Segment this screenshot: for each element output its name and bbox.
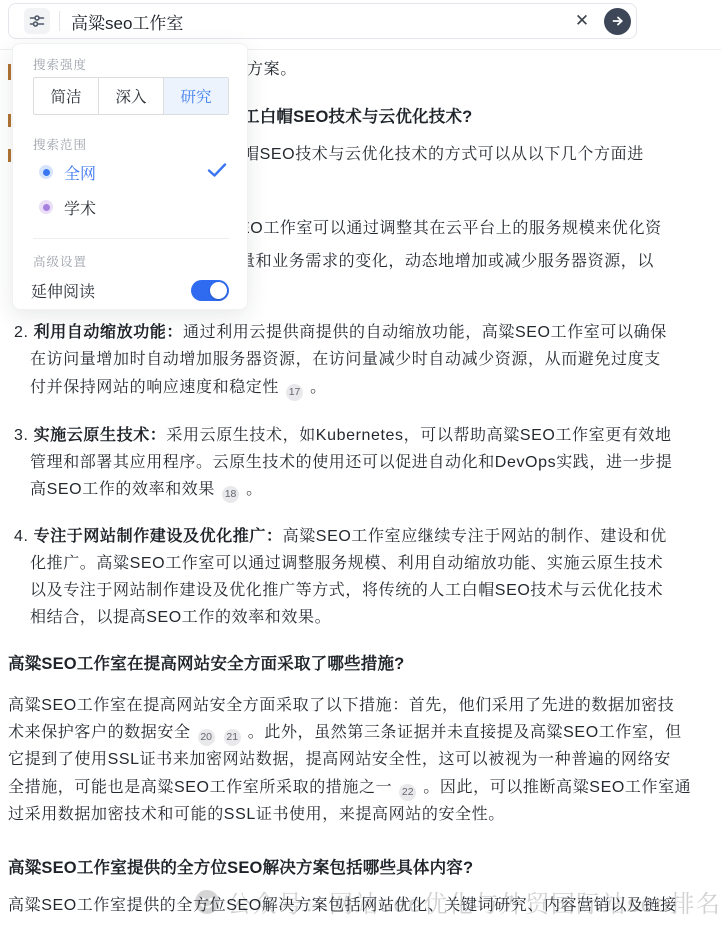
doc-text: 管理和部署其应用程序。云原生技术的使用还可以促进自动化和DevOps实践，进一步… (30, 454, 672, 471)
doc-text: 4. (14, 528, 34, 545)
check-icon (207, 162, 229, 183)
citation-badge[interactable]: 20 (198, 729, 215, 746)
search-box[interactable]: 高粱seo工作室 ✕ (8, 3, 637, 39)
extended-reading-toggle[interactable] (191, 280, 229, 301)
citation-badge[interactable]: 17 (286, 384, 303, 401)
list-item-line: 相结合，以提高SEO工作的效率和效果。 (30, 607, 331, 629)
doc-text: 过采用数据加密技术和可能的SSL证书使用，来提高网站的安全性。 (8, 806, 505, 823)
list-item-line: 高SEO工作的效率和效果 18 。 (30, 479, 263, 503)
citation-badge[interactable]: 18 (222, 486, 239, 503)
doc-text: EO工作室可以通过调整其在云平台上的服务规模来优化资 (239, 220, 662, 237)
doc-text: 通过利用云提供商提供的自动缩放功能，高粱SEO工作室可以确保 (183, 324, 667, 341)
doc-text: 在访问量增加时自动增加服务器资源，在访问量减少时自动减少资源，从而避免过度支 (30, 351, 661, 368)
doc-text: 它提到了使用SSL证书来加密网站数据，提高网站安全性，这可以被视为一种普遍的网络… (8, 751, 671, 768)
doc-text: 高SEO工作的效率和效果 (30, 481, 220, 498)
doc-text: 。此外，虽然第三条证据并未直接提及高粱SEO工作室，但 (243, 724, 682, 741)
doc-text: 2. (14, 324, 34, 341)
doc-text: 方案。 (247, 61, 297, 78)
doc-text: 高粱SEO工作室提供的全方位SEO解决方案包括网站优化、关键词研究、内容营销以及… (8, 897, 677, 914)
extended-reading-row: 延伸阅读 (31, 278, 229, 302)
sliders-icon (29, 13, 45, 29)
doc-text: 3. (14, 427, 34, 444)
paragraph-line: 高粱SEO工作室在提高网站安全方面采取了以下措施：首先，他们采用了先进的数据加密… (8, 695, 674, 717)
doc-text: 帽SEO技术与云优化技术的方式可以从以下几个方面进 (243, 146, 644, 163)
list-item-line: 4. 专注于网站制作建设及优化推广：高粱SEO工作室应继续专注于网站的制作、建设… (14, 526, 667, 548)
section-heading: 高粱SEO工作室在提高网站安全方面采取了哪些措施? (8, 653, 404, 675)
doc-text: 采用云原生技术，如Kubernetes，可以帮助高粱SEO工作室更有效地 (166, 427, 671, 444)
advanced-settings-label: 高级设置 (33, 252, 87, 270)
doc-text: 专注于网站制作建设及优化推广： (34, 528, 283, 545)
doc-text (217, 724, 222, 741)
radio-dot-purple (39, 200, 53, 214)
doc-fragment: 帽SEO技术与云优化技术的方式可以从以下几个方面进 (243, 144, 644, 166)
strength-option-deep[interactable]: 深入 (99, 78, 164, 114)
scope-option-academic[interactable]: 学术 (33, 195, 229, 219)
list-item-line: 化推广。高粱SEO工作室可以通过调整服务规模、利用自动缩放功能、实施云原生技术 (30, 553, 663, 575)
doc-text: 全措施，可能也是高粱SEO工作室所采取的措施之一 (8, 779, 397, 796)
searchbox-divider (59, 11, 60, 31)
list-item-line: 付并保持网站的响应速度和稳定性 17 。 (30, 377, 327, 401)
doc-text: 实施云原生技术： (34, 427, 167, 444)
doc-text: 工白帽SEO技术与云优化技术? (243, 108, 472, 126)
search-scope-label: 搜索范围 (33, 135, 87, 153)
list-item-line: 在访问量增加时自动增加服务器资源，在访问量减少时自动减少资源，从而避免过度支 (30, 349, 661, 371)
scope-option-whole-web[interactable]: 全网 (33, 160, 229, 184)
doc-text: 高粱SEO工作室在提高网站安全方面采取了哪些措施? (8, 655, 404, 673)
doc-text: 术来保护客户的数据安全 (8, 724, 196, 741)
doc-text: 高粱SEO工作室在提高网站安全方面采取了以下措施：首先，他们采用了先进的数据加密… (8, 697, 674, 714)
paragraph-line: 高粱SEO工作室提供的全方位SEO解决方案包括网站优化、关键词研究、内容营销以及… (8, 895, 677, 917)
doc-text: 。 (305, 379, 327, 396)
doc-text: 利用自动缩放功能： (34, 324, 183, 341)
submit-search-button[interactable] (604, 8, 631, 35)
strength-option-concise[interactable]: 简洁 (34, 78, 99, 114)
section-heading: 高粱SEO工作室提供的全方位SEO解决方案包括哪些具体内容? (8, 857, 473, 879)
arrow-right-icon (611, 14, 625, 28)
clear-search-icon[interactable]: ✕ (572, 11, 592, 31)
paragraph-line: 它提到了使用SSL证书来加密网站数据，提高网站安全性，这可以被视为一种普遍的网络… (8, 749, 671, 771)
doc-fragment: 方案。 (247, 59, 297, 81)
radio-dot-blue (39, 165, 53, 179)
search-strength-segmented-control: 简洁 深入 研究 (33, 77, 229, 115)
citation-badge[interactable]: 21 (224, 729, 241, 746)
paragraph-line: 过采用数据加密技术和可能的SSL证书使用，来提高网站的安全性。 (8, 804, 505, 826)
doc-text: 高粱SEO工作室提供的全方位SEO解决方案包括哪些具体内容? (8, 859, 473, 877)
search-strength-label: 搜索强度 (33, 55, 87, 73)
section-heading: 工白帽SEO技术与云优化技术? (243, 106, 472, 128)
toggle-knob (210, 282, 227, 299)
citation-badge[interactable]: 22 (399, 784, 416, 801)
list-item-line: 以及专注于网站制作建设及优化推广等方式，将传统的人工白帽SEO技术与云优化技术 (30, 580, 663, 602)
list-item-line: 管理和部署其应用程序。云原生技术的使用还可以促进自动化和DevOps实践，进一步… (30, 452, 672, 474)
list-item-line: 3. 实施云原生技术：采用云原生技术，如Kubernetes，可以帮助高粱SEO… (14, 425, 672, 447)
doc-text: 化推广。高粱SEO工作室可以通过调整服务规模、利用自动缩放功能、实施云原生技术 (30, 555, 663, 572)
doc-text: 高粱SEO工作室应继续专注于网站的制作、建设和优 (283, 528, 667, 545)
paragraph-line: 术来保护客户的数据安全 20 21 。此外，虽然第三条证据并未直接提及高粱SEO… (8, 722, 682, 746)
doc-text: 量和业务需求的变化，动态地增加或减少服务器资源，以 (239, 253, 654, 270)
paragraph-line: 全措施，可能也是高粱SEO工作室所采取的措施之一 22 。因此，可以推断高粱SE… (8, 777, 691, 801)
search-settings-button[interactable] (24, 8, 50, 34)
panel-divider (33, 238, 229, 239)
doc-text: 。因此，可以推断高粱SEO工作室通 (418, 779, 691, 796)
doc-text: 。 (241, 481, 263, 498)
strength-option-research[interactable]: 研究 (164, 78, 228, 114)
search-settings-panel: 搜索强度 简洁 深入 研究 搜索范围 全网 学术 高级设置 延伸阅读 (12, 43, 248, 310)
doc-fragment: 量和业务需求的变化，动态地增加或减少服务器资源，以 (239, 251, 654, 273)
doc-fragment: EO工作室可以通过调整其在云平台上的服务规模来优化资 (239, 218, 662, 240)
doc-text: 相结合，以提高SEO工作的效率和效果。 (30, 609, 331, 626)
list-item-line: 2. 利用自动缩放功能：通过利用云提供商提供的自动缩放功能，高粱SEO工作室可以… (14, 322, 667, 344)
doc-text: 付并保持网站的响应速度和稳定性 (30, 379, 284, 396)
search-input[interactable]: 高粱seo工作室 (71, 9, 572, 34)
extended-reading-label: 延伸阅读 (31, 279, 191, 302)
doc-text: 以及专注于网站制作建设及优化推广等方式，将传统的人工白帽SEO技术与云优化技术 (30, 582, 663, 599)
